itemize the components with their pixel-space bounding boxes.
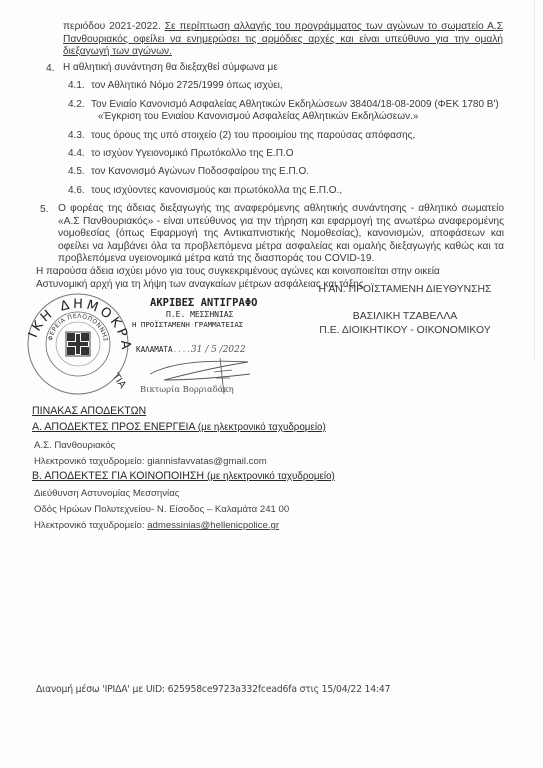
section-a-email-line: Ηλεκτρονικό ταχυδρομείο: giannisfavvatas… bbox=[34, 456, 267, 467]
item-4-2-text-2: «Έγκριση του Ενιαίου Κανονισμού Ασφαλεία… bbox=[98, 111, 418, 124]
scan-edge bbox=[534, 0, 535, 360]
stamp-signer: Βικτωρία Βορριαδάκη bbox=[140, 384, 234, 394]
item-5-number: 5. bbox=[40, 204, 49, 215]
distribution-footer: Διανομή μέσω 'ΙΡΙΔΑ' με UID: 625958ce972… bbox=[36, 684, 390, 695]
item-4-1-number: 4.1. bbox=[68, 80, 85, 93]
item-5-text: Ο φορέας της άδειας διεξαγωγής της αναφε… bbox=[58, 203, 504, 266]
signature-name: ΒΑΣΙΛΙΚΗ ΤΖΑΒΕΛΛΑ bbox=[290, 311, 520, 324]
svg-text:ΤΙΑ: ΤΙΑ bbox=[109, 371, 128, 391]
document-page: περιόδου 2021-2022. Σε περίπτωση αλλαγής… bbox=[0, 0, 543, 768]
item-4-6-number: 4.6. bbox=[68, 185, 85, 198]
item-4-5-text: τον Κανονισμό Αγώνων Ποδοσφαίρου της Ε.Π… bbox=[91, 166, 309, 179]
item-4-text: Η αθλητική συνάντηση θα διεξαχθεί σύμφων… bbox=[63, 62, 278, 75]
item-4-2-number: 4.2. bbox=[68, 99, 85, 112]
section-a-recipient: Α.Σ. Πανθουριακός bbox=[34, 440, 115, 451]
section-b-email-link[interactable]: admessinias@hellenicpolice.gr bbox=[147, 520, 279, 531]
stamp-role: Η ΠΡΟΪΣΤΑΜΕΝΗ ΓΡΑΜΜΑΤΕΙΑΣ bbox=[132, 320, 243, 329]
item-4-number: 4. bbox=[46, 63, 55, 74]
signature-title: Π.Ε. ΔΙΟΙΚΗΤΙΚΟΥ - ΟΙΚΟΝΟΜΙΚΟΥ bbox=[290, 325, 520, 338]
item-4-2-text: Τον Ενιαίο Κανονισμό Ασφαλείας Αθλητικών… bbox=[91, 99, 499, 112]
continuation-paragraph: περιόδου 2021-2022. Σε περίπτωση αλλαγής… bbox=[63, 21, 503, 59]
section-a-email-link[interactable]: giannisfavvatas@gmail.com bbox=[147, 456, 267, 467]
stamp-unit: Π.Ε. ΜΕΣΣΗΝΙΑΣ bbox=[166, 310, 233, 319]
signature-role: Η ΑΝ. ΠΡΟΪΣΤΑΜΕΝΗ ΔΙΕΥΘΥΝΣΗΣ bbox=[290, 284, 520, 297]
recipients-title: ΠΙΝΑΚΑΣ ΑΠΟΔΕΚΤΩΝ bbox=[32, 405, 146, 417]
stamp-certified-copy: ΑΚΡΙΒΕΣ ΑΝΤΙΓΡΑΦΟ bbox=[150, 297, 257, 309]
item-4-4-number: 4.4. bbox=[68, 148, 85, 161]
section-b-heading: Β. ΑΠΟΔΕΚΤΕΣ ΓΙΑ ΚΟΙΝΟΠΟΙΗΣΗ (με ηλεκτρο… bbox=[32, 470, 335, 482]
item-4-1-text: τον Αθλητικό Νόμο 2725/1999 όπως ισχύει, bbox=[91, 80, 283, 93]
section-a-heading: Α. ΑΠΟΔΕΚΤΕΣ ΠΡΟΣ ΕΝΕΡΓΕΙΑ (με ηλεκτρονι… bbox=[32, 421, 326, 433]
item-4-3-number: 4.3. bbox=[68, 130, 85, 143]
section-b-email-line: Ηλεκτρονικό ταχυδρομείο: admessinias@hel… bbox=[34, 520, 279, 531]
official-seal-icon: ΙΚΗ ΔΗΜΟΚΡΑ ΦΕΡΕΙΑ ΠΕΛΟΠΟΝΝΗΣΟΥ ΤΙΑ bbox=[22, 292, 134, 396]
section-b-recipient: Διεύθυνση Αστυνομίας Μεσσηνίας bbox=[34, 488, 179, 499]
item-4-5-number: 4.5. bbox=[68, 166, 85, 179]
section-b-address: Οδός Ηρώων Πολυτεχνείου- Ν. Είσοδος – Κα… bbox=[34, 504, 289, 515]
item-4-4-text: το ισχύον Υγειονομικό Πρωτόκολλο της Ε.Π… bbox=[91, 148, 293, 161]
item-4-6-text: τους ισχύοντες κανονισμούς και πρωτόκολλ… bbox=[91, 185, 342, 198]
item-4-3-text: τους όρους της υπό στοιχείο (2) του προο… bbox=[91, 130, 415, 143]
